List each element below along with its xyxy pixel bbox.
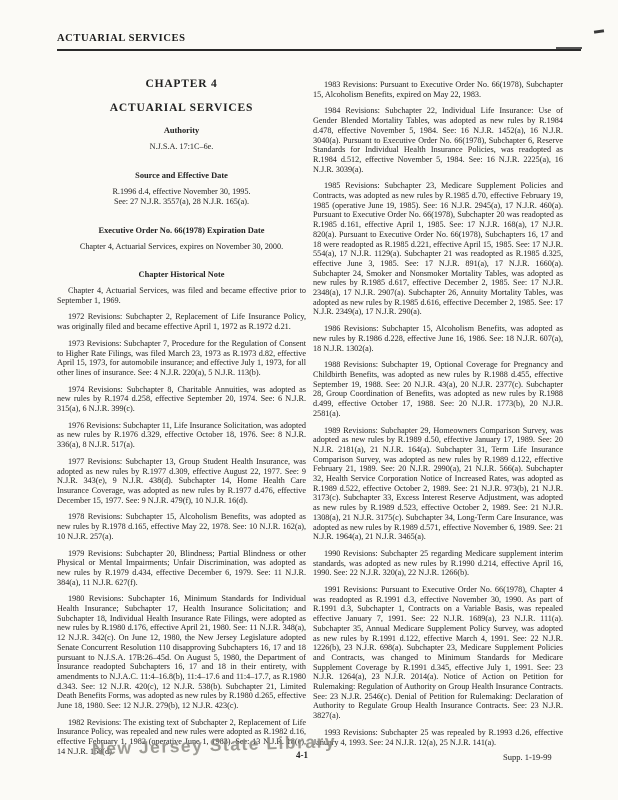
paragraph: 1985 Revisions: Subchapter 23, Medicare … — [313, 181, 563, 317]
paragraph: 1978 Revisions: Subchapter 15, Alcoholis… — [57, 512, 306, 541]
paragraph: 1979 Revisions: Subchapter 20, Blindness… — [57, 549, 306, 588]
chapter-title: ACTUARIAL SERVICES — [57, 104, 306, 114]
running-header-title: ACTUARIAL SERVICES — [57, 33, 186, 44]
section-heading-source: Source and Effective Date — [57, 171, 306, 181]
authority-citation: N.J.S.A. 17:1C–6e. — [57, 142, 306, 152]
page-number: 4-1 — [296, 750, 308, 760]
paragraph: 1980 Revisions: Subchapter 16, Minimum S… — [57, 594, 306, 710]
paragraph: 1989 Revisions: Subchapter 29, Homeowner… — [313, 426, 563, 542]
paragraph: 1977 Revisions: Subchapter 13, Group Stu… — [57, 457, 306, 506]
source-line-1: R.1996 d.4, effective November 30, 1995. — [57, 187, 306, 197]
scan-artifact-top-right — [594, 29, 604, 33]
paragraph: 1972 Revisions: Subchapter 2, Replacemen… — [57, 312, 306, 331]
paragraph: 1973 Revisions: Subchapter 7, Procedure … — [57, 339, 306, 378]
paragraph: 1983 Revisions: Pursuant to Executive Or… — [313, 80, 563, 99]
expiration-note: Chapter 4, Actuarial Services, expires o… — [57, 242, 306, 252]
right-column: 1983 Revisions: Pursuant to Executive Or… — [313, 80, 563, 747]
left-column-paragraphs: Chapter 4, Actuarial Services, was filed… — [57, 286, 306, 757]
header-rule — [57, 49, 581, 51]
chapter-heading: CHAPTER 4 — [57, 80, 306, 90]
paragraph: 1976 Revisions: Subchapter 11, Life Insu… — [57, 421, 306, 450]
right-column-paragraphs: 1983 Revisions: Pursuant to Executive Or… — [313, 80, 563, 747]
section-heading-expiration: Executive Order No. 66(1978) Expiration … — [57, 226, 306, 236]
supplement-date: Supp. 1-19-99 — [503, 752, 552, 762]
section-heading-historical: Chapter Historical Note — [57, 270, 306, 280]
paragraph: 1984 Revisions: Subchapter 22, Individua… — [313, 106, 563, 174]
left-column: CHAPTER 4 ACTUARIAL SERVICES Authority N… — [57, 80, 306, 757]
paragraph: 1988 Revisions: Subchapter 19, Optional … — [313, 360, 563, 418]
section-heading-authority: Authority — [57, 126, 306, 136]
paragraph: 1974 Revisions: Subchapter 8, Charitable… — [57, 385, 306, 414]
paragraph: 1986 Revisions: Subchapter 15, Alcoholis… — [313, 324, 563, 353]
source-line-2: See: 27 N.J.R. 3557(a), 28 N.J.R. 165(a)… — [57, 197, 306, 207]
paragraph: 1991 Revisions: Pursuant to Executive Or… — [313, 585, 563, 721]
paragraph: 1993 Revisions: Subchapter 25 was repeal… — [313, 728, 563, 747]
scan-artifact-rule-end — [556, 47, 582, 49]
paragraph: 1990 Revisions: Subchapter 25 regarding … — [313, 549, 563, 578]
paragraph: Chapter 4, Actuarial Services, was filed… — [57, 286, 306, 305]
